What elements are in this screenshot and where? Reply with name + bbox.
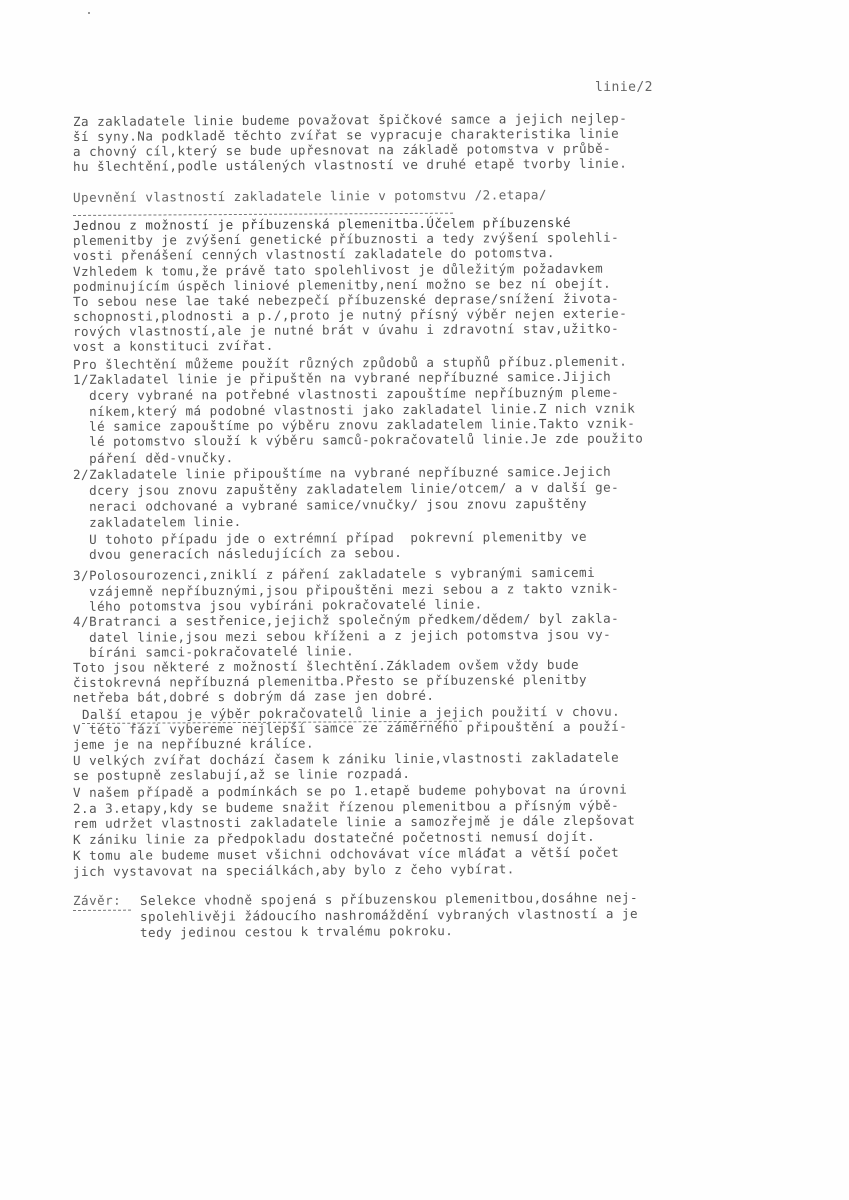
text-line: tedy jedinou cestou k trvalému pokroku.	[140, 923, 453, 940]
text-line: lé potomstvo slouží k výběru samců-pokra…	[73, 431, 643, 449]
text-line: jich vystavovat na speciálkách,aby bylo …	[73, 861, 515, 879]
conclusion-label: Závěr:	[73, 893, 121, 908]
text-line: dvou generacích následujících za sebou.	[73, 545, 402, 562]
text-line: U velkých zvířat dochází časem k zániku …	[73, 750, 619, 768]
text-line: spolehlivěji žádoucího nashromáždění vyb…	[140, 906, 638, 924]
text-line: bíráni samci-pokračovatelé linie.	[73, 643, 354, 660]
typewritten-page: linie/2 Za zakladatele linie budeme pova…	[0, 0, 849, 1200]
text-line: vosti přenášení cenných vlastností zakla…	[73, 245, 555, 263]
text-line: rových vlastností,ale je nutné brát v úv…	[73, 321, 619, 339]
text-line: U tohoto případu jde o extrémní případ p…	[73, 529, 587, 547]
section-heading: Upevnění vlastností zakladatele linie v …	[73, 187, 547, 205]
paper-speck	[88, 12, 90, 14]
text-line: K tomu ale budeme muset všichni odchováv…	[73, 845, 619, 863]
text-line: hu šlechtění,podle ustálených vlastností…	[73, 156, 627, 174]
text-line: páření děd-vnučky.	[73, 450, 234, 466]
text-line: se postupně zeslabují,až se linie rozpad…	[73, 766, 410, 783]
text-line: netřeba bát,dobré s dobrým dá zase jen d…	[73, 688, 435, 705]
text-line: vost a konstituci zvířat.	[73, 338, 274, 354]
text-line: V této fázi vybereme nejlepší samce ze z…	[73, 719, 627, 737]
text-line: jeme je na nepříbuzné králíce.	[73, 736, 314, 752]
text-line: 3/Polosourozenci,zniklí z páření zaklada…	[73, 565, 595, 583]
text-line: datel linie,jsou mezi sebou kříženi a z …	[73, 627, 611, 645]
conclusion-dashed-underline	[73, 910, 131, 911]
text-line: neraci odchované a vybrané samice/vnučky…	[73, 496, 587, 514]
text-line: čistokrevná nepříbuzná plemenitba.Přesto…	[73, 672, 587, 690]
text-line: Selekce vhodně spojená s příbuzenskou pl…	[140, 890, 638, 908]
page-identifier: linie/2	[595, 80, 653, 95]
text-line: zakladatelem linie.	[73, 514, 242, 530]
text-line: vzájemně nepříbuznými,jsou připouštěni m…	[73, 581, 619, 599]
text-line: K zániku linie za předpokladu dostatečné…	[73, 829, 595, 847]
